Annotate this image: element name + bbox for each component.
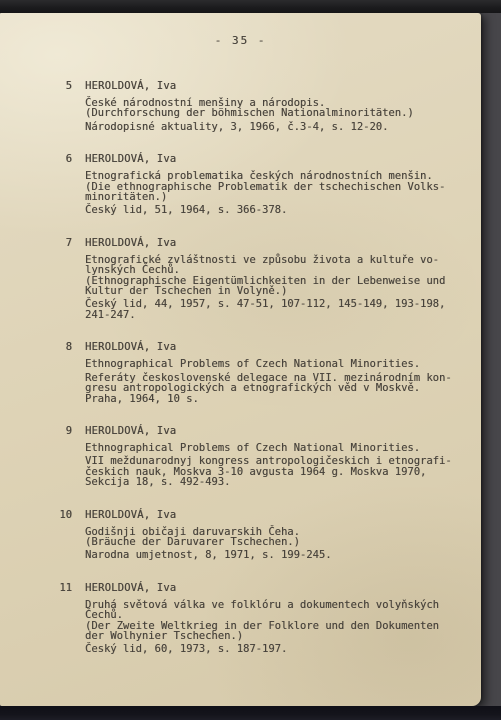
entry-title-paragraph: Ethnographical Problems of Czech Nationa… <box>85 443 461 453</box>
entry-line: Druhá světová válka ve folklóru a dokume… <box>85 600 461 610</box>
entry-source-paragraph: Referáty československé delegace na VII.… <box>85 373 461 404</box>
bibliography-entry: 6HEROLDOVÁ, IvaEtnografická problematika… <box>0 154 481 216</box>
entry-number: 5 <box>50 81 72 92</box>
scanner-edge-bottom <box>0 706 501 720</box>
bibliography-entry: 10HEROLDOVÁ, IvaGodišnji običaji daruvar… <box>0 510 481 561</box>
entry-author: HEROLDOVÁ, Iva <box>85 342 461 353</box>
entry-author: HEROLDOVÁ, Iva <box>85 583 461 594</box>
bibliography-entry: 5HEROLDOVÁ, IvaČeské národnostní menšiny… <box>0 81 481 132</box>
entry-author: HEROLDOVÁ, Iva <box>85 426 461 437</box>
entry-line: Český lid, 44, 1957, s. 47-51, 107-112, … <box>85 299 461 309</box>
entry-source-paragraph: Český lid, 44, 1957, s. 47-51, 107-112, … <box>85 299 461 320</box>
entry-line: Národopisné aktuality, 3, 1966, č.3-4, s… <box>85 122 461 132</box>
bibliography-entry: 11HEROLDOVÁ, IvaDruhá světová válka ve f… <box>0 583 481 655</box>
entry-author: HEROLDOVÁ, Iva <box>85 510 461 521</box>
entry-number: 10 <box>50 510 72 521</box>
page-number: - 35 - <box>0 35 481 47</box>
entry-author: HEROLDOVÁ, Iva <box>85 81 461 92</box>
entry-line: Kultur der Tschechen in Volyně.) <box>85 286 461 296</box>
entry-line: Narodna umjetnost, 8, 1971, s. 199-245. <box>85 550 461 560</box>
entry-source-paragraph: Národopisné aktuality, 3, 1966, č.3-4, s… <box>85 122 461 132</box>
entry-number: 8 <box>50 342 72 353</box>
entry-source-paragraph: VII meždunarodnyj kongress antropologiče… <box>85 456 461 487</box>
bibliography-entry: 7HEROLDOVÁ, IvaEtnografické zvláštnosti … <box>0 238 481 320</box>
scanner-edge-top <box>0 0 501 13</box>
entry-title-paragraph: Ethnographical Problems of Czech Nationa… <box>85 359 461 369</box>
entry-line: gresu antropologických a etnografických … <box>85 383 461 393</box>
entry-line: Čechů. <box>85 610 461 620</box>
entry-number: 11 <box>50 583 72 594</box>
entry-number: 9 <box>50 426 72 437</box>
entry-source-paragraph: Český lid, 51, 1964, s. 366-378. <box>85 205 461 215</box>
entry-title-paragraph: Etnografické zvláštnosti ve způsobu živo… <box>85 255 461 297</box>
entry-title-paragraph: Etnografická problematika českých národn… <box>85 171 461 202</box>
entry-line: minoritäten.) <box>85 192 461 202</box>
entry-title-paragraph: Druhá světová válka ve folklóru a dokume… <box>85 600 461 642</box>
entry-title-paragraph: České národnostní menšiny a národopis.(D… <box>85 98 461 119</box>
entry-line: Ethnographical Problems of Czech Nationa… <box>85 443 461 453</box>
entry-line: Ethnographical Problems of Czech Nationa… <box>85 359 461 369</box>
entry-line: Český lid, 51, 1964, s. 366-378. <box>85 205 461 215</box>
entry-number: 7 <box>50 238 72 249</box>
bibliography-list: 5HEROLDOVÁ, IvaČeské národnostní menšiny… <box>0 81 481 655</box>
entry-line: (Bräuche der Daruvarer Tschechen.) <box>85 537 461 547</box>
bibliography-entry: 8HEROLDOVÁ, IvaEthnographical Problems o… <box>0 342 481 404</box>
document-page: - 35 - 5HEROLDOVÁ, IvaČeské národnostní … <box>0 13 481 706</box>
entry-line: Sekcija 18, s. 492-493. <box>85 477 461 487</box>
entry-author: HEROLDOVÁ, Iva <box>85 154 461 165</box>
entry-number: 6 <box>50 154 72 165</box>
entry-source-paragraph: Narodna umjetnost, 8, 1971, s. 199-245. <box>85 550 461 560</box>
entry-line: der Wolhynier Tschechen.) <box>85 631 461 641</box>
entry-title-paragraph: Godišnji običaji daruvarskih Čeha.(Bräuc… <box>85 527 461 548</box>
entry-line: (Durchforschung der böhmischen Nationalm… <box>85 108 461 118</box>
entry-line: Praha, 1964, 10 s. <box>85 394 461 404</box>
bibliography-entry: 9HEROLDOVÁ, IvaEthnographical Problems o… <box>0 426 481 488</box>
entry-source-paragraph: Český lid, 60, 1973, s. 187-197. <box>85 644 461 654</box>
scanner-background: - 35 - 5HEROLDOVÁ, IvaČeské národnostní … <box>0 0 501 720</box>
entry-line: Český lid, 60, 1973, s. 187-197. <box>85 644 461 654</box>
entry-line: 241-247. <box>85 310 461 320</box>
entry-author: HEROLDOVÁ, Iva <box>85 238 461 249</box>
